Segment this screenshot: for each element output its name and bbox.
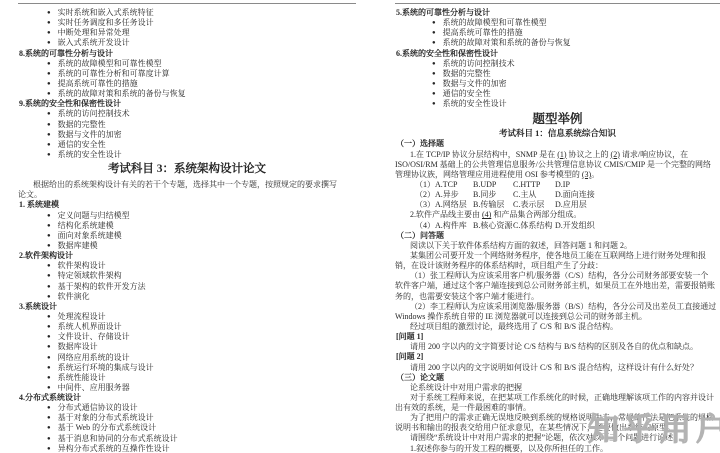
list-item: ●特定领域软件架构 [18,271,356,281]
document-page-left: ●实时系统和嵌入式系统特征●实时任务调度和多任务设计●中断处理和异常处理●嵌入式… [18,0,356,453]
list-item-label: 系统的访问控制技术 [58,109,130,118]
list-item-label: 数据的完整性 [443,69,491,78]
list-item-label: 实时任务调度和多任务设计 [58,18,154,27]
choice-option: B.传输层 [473,200,513,210]
list-item: ●提高系统可靠性的措施 [395,28,720,38]
list-item: ●软件架构设计 [18,261,356,271]
text-segment: 和产品集合两部分组成。 [491,210,581,219]
text-line: Windows 操作系统自带的 IE 浏览器就可以连接到总公司的财务部主机。 [395,312,720,322]
text-line: 论文。 [18,190,356,200]
choice-option: B.同步 [473,190,513,200]
list-item: ●数据的完整性 [395,69,720,79]
list-item: ●文件设计、存储设计 [18,332,356,342]
bullet-icon: ● [432,79,436,89]
text-line: 务的，也需要安装这个客户端才能进行。 [395,292,720,302]
choice-option: B.核心资源 [473,221,513,231]
list-item: ●数据与文件的加密 [395,79,720,89]
list-item-label: 系统的故障模型和可靠性模型 [58,59,162,68]
bullet-icon: ● [47,271,51,281]
bullet-icon: ● [47,413,51,423]
list-item-label: 嵌入式系统开发设计 [58,38,130,47]
list-item-label: 特定领域软件架构 [58,271,122,280]
list-item-label: 基于 Web 的分布式系统设计 [58,423,156,432]
bullet-icon: ● [47,342,51,352]
list-item: ●数据库设计 [18,342,356,352]
text-line: 销，在设计该财务程序的体系结构时，项目组产生了分歧： [395,261,720,271]
list-item: ●网络应用系统的设计 [18,353,356,363]
choice-option: D.IP [555,180,570,189]
list-item-label: 中间件、应用服务器 [58,383,130,392]
section-heading: 3.系统设计 [18,302,356,312]
list-item: ●中间件、应用服务器 [18,383,356,393]
page-top-rule [395,3,720,4]
bullet-icon: ● [47,120,51,130]
blank-placeholder: (1) [557,150,566,159]
page-title: 考试科目 3：系统架构设计论文 [18,162,356,177]
text-line: 论系统设计中对用户需求的把握 [395,383,720,393]
list-item-label: 面向对象系统建模 [58,231,122,240]
list-item-label: 系统的访问控制技术 [443,59,515,68]
bullet-icon: ● [47,18,51,28]
text-segment: 。 [591,170,599,179]
list-item: ●提高系统可靠性的措施 [18,79,356,89]
bullet-icon: ● [47,8,51,18]
bullet-icon: ● [47,79,51,89]
list-item-label: 提高系统可靠性的措施 [58,79,138,88]
bullet-icon: ● [47,150,51,160]
text-segment: 协议之上的 [567,150,611,159]
list-item-label: 数据库建模 [58,241,98,250]
list-item: ●异构分布式系统的互操作性设计 [18,444,356,453]
list-item-label: 基于消息和协同的分布式系统设计 [58,434,178,443]
list-item-label: 系统的可靠性分析和可靠度计算 [58,69,170,78]
bullet-icon: ● [47,89,51,99]
bullet-icon: ● [47,140,51,150]
bullet-icon: ● [47,434,51,444]
bullet-icon: ● [47,109,51,119]
choice-option: D.应用层 [555,200,587,209]
text-line: 对于系统工程师来说，在把某项工作系统化的时候，正确地理解该项工作的内容并设计 [395,393,720,403]
choice-row: （2）A.异步B.同步C.主从D.面向连接 [395,190,720,200]
bullet-icon: ● [47,231,51,241]
bullet-icon: ● [47,282,51,292]
list-item: ●结构化系统建模 [18,221,356,231]
bullet-icon: ● [47,444,51,453]
choice-row: （4）A.构件库B.核心资源C.体系结构D.开发组织 [395,221,720,231]
section-heading: 5.系统的可靠性分析与设计 [395,8,720,18]
text-line: 请用 200 字以内的文字简要讨论 C/S 结构与 B/S 结构的区别及各自的优… [395,342,720,352]
list-item-label: 通信的安全性 [58,140,106,149]
list-item: ●系统运行环境的集成与设计 [18,363,356,373]
bullet-icon: ● [47,322,51,332]
choice-row: （3）A.网络层B.传输层C.表示层D.应用层 [395,200,720,210]
list-item: ●系统的访问控制技术 [395,59,720,69]
section-heading: 2.软件架构设计 [18,251,356,261]
list-item-label: 数据与文件的加密 [58,130,122,139]
bullet-icon: ● [47,383,51,393]
list-item: ●通信的安全性 [395,89,720,99]
text-line: 1.在 TCP/IP 协议分层结构中，SNMP 是在 (1) 协议之上的 (2)… [395,150,720,160]
text-line: ISO/OSI/RM 基础上的公共管理信息服务/公共管理信息协议 CMIS/CM… [395,160,720,170]
list-item: ●中断处理和异常处理 [18,28,356,38]
text-line: 2.软件产品线主要由 (4) 和产品集合两部分组成。 [395,210,720,220]
text-line: 经过项目组的激烈讨论，最终选用了 C/S 和 B/S 混合结构。 [395,322,720,332]
bullet-icon: ● [432,99,436,109]
text-line: 根据给出的系统架构设计有关的若干个专题，选择其中一个专题，按照规定的要求撰写 [18,180,356,190]
list-item: ●软件演化 [18,292,356,302]
list-item-label: 软件架构设计 [58,261,106,270]
choice-option: A.异步 [435,190,473,200]
list-item-label: 分布式通信协议的设计 [58,403,138,412]
list-item-label: 中断处理和异常处理 [58,28,130,37]
list-item-label: 提高系统可靠性的措施 [443,28,523,37]
list-item-label: 基于架构的软件开发方法 [58,282,146,291]
bullet-icon: ● [47,59,51,69]
text-line: 某集团公司要开发一个网络财务程序，使各地员工能在互联网络上进行财务处理和报 [395,251,720,261]
bullet-icon: ● [47,130,51,140]
choice-option: D.面向连接 [555,190,595,199]
section-heading: [问题 1] [395,332,720,342]
section-heading: 8.系统的可靠性分析与设计 [18,49,356,59]
bullet-icon: ● [432,89,436,99]
list-item: ●基于对象的分布式系统设计 [18,413,356,423]
list-item: ●系统的故障模型和可靠性模型 [18,59,356,69]
list-item-label: 系统性能设计 [58,373,106,382]
list-item-label: 数据库设计 [58,342,98,351]
bullet-icon: ● [47,69,51,79]
bullet-icon: ● [47,373,51,383]
list-item-label: 异构分布式系统的互操作性设计 [58,444,170,453]
list-item-label: 系统的安全性设计 [58,150,122,159]
list-item: ●系统的可靠性分析和可靠度计算 [18,69,356,79]
section-heading: （一）选择题 [395,139,720,149]
list-item-label: 文件设计、存储设计 [58,332,130,341]
list-item: ●通信的安全性 [18,140,356,150]
text-line: 管理协议族，网络管理应用进程使用 OSI 参考模型的 (3)。 [395,170,720,180]
list-item: ●数据与文件的加密 [18,130,356,140]
bullet-icon: ● [47,312,51,322]
text-line: （2）李工程师认为应该采用浏览器/服务器（B/S）结构，各分公司及出差员工直接通… [395,302,720,312]
list-item-label: 数据的完整性 [58,120,106,129]
bullet-icon: ● [47,292,51,302]
list-item: ●基于消息和协同的分布式系统设计 [18,434,356,444]
list-item-label: 基于对象的分布式系统设计 [58,413,154,422]
list-item-label: 系统的故障模型和可靠性模型 [443,18,547,27]
bullet-icon: ● [47,353,51,363]
section-heading: （三）论文题 [395,373,720,383]
bullet-icon: ● [432,18,436,28]
choice-option: A.构件库 [435,221,473,231]
list-item: ●定义问题与归结模型 [18,211,356,221]
choice-option: A.TCP [435,180,473,190]
section-heading: （二）问答题 [395,231,720,241]
list-item-label: 软件演化 [58,292,90,301]
zhihu-watermark: 知乎用户 [588,404,720,449]
list-item-label: 结构化系统建模 [58,221,114,230]
page-title: 考试科目 1：信息系统综合知识 [395,127,720,139]
choice-option: C.HTTP [513,180,555,190]
section-heading: 1. 系统建模 [18,200,356,210]
choice-number: （1） [415,180,435,190]
blank-placeholder: (2) [611,150,620,159]
list-item-label: 系统人机界面设计 [58,322,122,331]
blank-placeholder: (3) [582,170,591,179]
list-item: ●系统的故障模型和可靠性模型 [395,18,720,28]
choice-option: B.UDP [473,180,513,190]
document-page-right: 5.系统的可靠性分析与设计●系统的故障模型和可靠性模型●提高系统可靠性的措施●系… [395,0,720,453]
list-item-label: 系统的故障对策和系统的备份与恢复 [58,89,186,98]
bullet-icon: ● [47,423,51,433]
list-item: ●系统的访问控制技术 [18,109,356,119]
list-item: ●嵌入式系统开发设计 [18,38,356,48]
list-item-label: 定义问题与归结模型 [58,211,130,220]
bullet-icon: ● [47,403,51,413]
section-heading: [问题 2] [395,352,720,362]
list-item: ●系统的故障对策和系统的备份与恢复 [395,38,720,48]
bullet-icon: ● [432,59,436,69]
list-item: ●系统人机界面设计 [18,322,356,332]
text-segment: 请求/响应协议，在 [620,150,688,159]
list-item-label: 数据与文件的加密 [443,79,507,88]
list-item: ●系统的故障对策和系统的备份与恢复 [18,89,356,99]
text-line: 请用 200 字以内的文字说明如何设计 C/S 和 B/S 混合结构，这样设计有… [395,363,720,373]
list-item: ●基于架构的软件开发方法 [18,282,356,292]
bullet-icon: ● [47,261,51,271]
list-item-label: 系统的安全性设计 [443,99,507,108]
choice-option: C.体系结构 [513,221,555,231]
list-item: ●实时系统和嵌入式系统特征 [18,8,356,18]
list-item-label: 网络应用系统的设计 [58,353,130,362]
text-line: （1）张工程师认为应该采用客户机/服务器（C/S）结构，各分公司财务部要安装一个 [395,271,720,281]
text-line: 阅读以下关于软件体系结构方面的叙述，回答问题 1 和问题 2。 [395,241,720,251]
choice-option: A.网络层 [435,200,473,210]
list-item: ●系统的安全性设计 [18,150,356,160]
text-line: 软件客户端，通过这个客户端连接到总公司财务部主机，如果员工在外地出差，需要报销账 [395,281,720,291]
list-item-label: 系统运行环境的集成与设计 [58,363,154,372]
list-item-label: 实时系统和嵌入式系统特征 [58,8,154,17]
bullet-icon: ● [47,332,51,342]
list-item: ●系统性能设计 [18,373,356,383]
list-item: ●系统的安全性设计 [395,99,720,109]
list-item-label: 通信的安全性 [443,89,491,98]
list-item-label: 处理流程设计 [58,312,106,321]
text-segment: 管理协议族，网络管理应用进程使用 OSI 参考模型的 [395,170,582,179]
list-item: ●实时任务调度和多任务设计 [18,18,356,28]
list-item: ●基于 Web 的分布式系统设计 [18,423,356,433]
text-segment: 2.软件产品线主要由 [410,210,482,219]
bullet-icon: ● [47,211,51,221]
choice-row: （1）A.TCPB.UDPC.HTTPD.IP [395,180,720,190]
bullet-icon: ● [47,221,51,231]
bullet-icon: ● [47,241,51,251]
choice-option: D.开发组织 [555,221,595,230]
list-item-label: 系统的故障对策和系统的备份与恢复 [443,38,571,47]
list-item: ●分布式通信协议的设计 [18,403,356,413]
bullet-icon: ● [47,28,51,38]
choice-option: C.主从 [513,190,555,200]
section-heading: 4.分布式系统设计 [18,393,356,403]
blank-placeholder: (4) [482,210,491,219]
section-heading: 9.系统的安全性和保密性设计 [18,99,356,109]
bullet-icon: ● [432,28,436,38]
list-item: ●处理流程设计 [18,312,356,322]
section-heading: 6.系统的安全性和保密性设计 [395,49,720,59]
list-item: ●面向对象系统建模 [18,231,356,241]
bullet-icon: ● [47,38,51,48]
page-top-rule [18,3,356,4]
choice-number: （3） [415,200,435,210]
bullet-icon: ● [432,69,436,79]
choice-number: （4） [415,221,435,231]
bullet-icon: ● [432,38,436,48]
choice-number: （2） [415,190,435,200]
page-title: 题型举例 [395,111,720,127]
list-item: ●数据库建模 [18,241,356,251]
list-item: ●数据的完整性 [18,120,356,130]
text-segment: 1.在 TCP/IP 协议分层结构中，SNMP 是在 [410,150,557,159]
bullet-icon: ● [47,363,51,373]
choice-option: C.表示层 [513,200,555,210]
document-scan: { "watermark": { "text": "知乎用户", "color"… [0,0,720,453]
